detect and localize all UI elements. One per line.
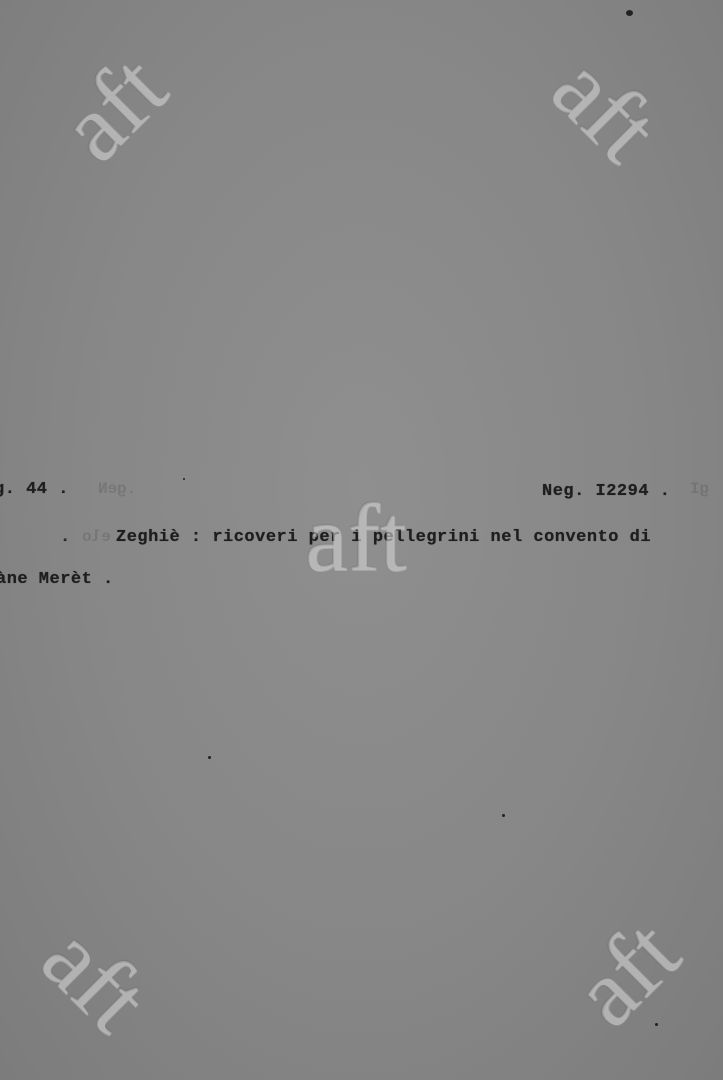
dust-speck [502, 814, 505, 817]
caption-line-1: Zeghiè : ricoveri per i pellegrini nel c… [116, 528, 651, 547]
caption-dot: . [60, 528, 71, 547]
dust-speck [655, 1023, 658, 1026]
bleed-through-text-right: gI [690, 480, 709, 498]
negative-number: Neg. I2294 . [542, 482, 670, 501]
dust-speck [626, 10, 633, 16]
watermark-top-right: aft [536, 38, 675, 177]
dust-speck [208, 756, 211, 759]
watermark-bottom-right: aft [556, 903, 695, 1042]
bleed-through-text-caption: elo [82, 528, 111, 546]
document-number: g. 44 . [0, 480, 69, 499]
watermark-top-left: aft [43, 38, 182, 177]
scanned-document-page: .geN elo gI g. 44 . Neg. I2294 . . Zeghi… [0, 0, 723, 1080]
bleed-through-text-left: .geN [98, 480, 136, 498]
caption-line-2: àne Merèt . [0, 570, 114, 589]
dust-speck [183, 478, 185, 480]
watermark-bottom-left: aft [26, 908, 165, 1047]
